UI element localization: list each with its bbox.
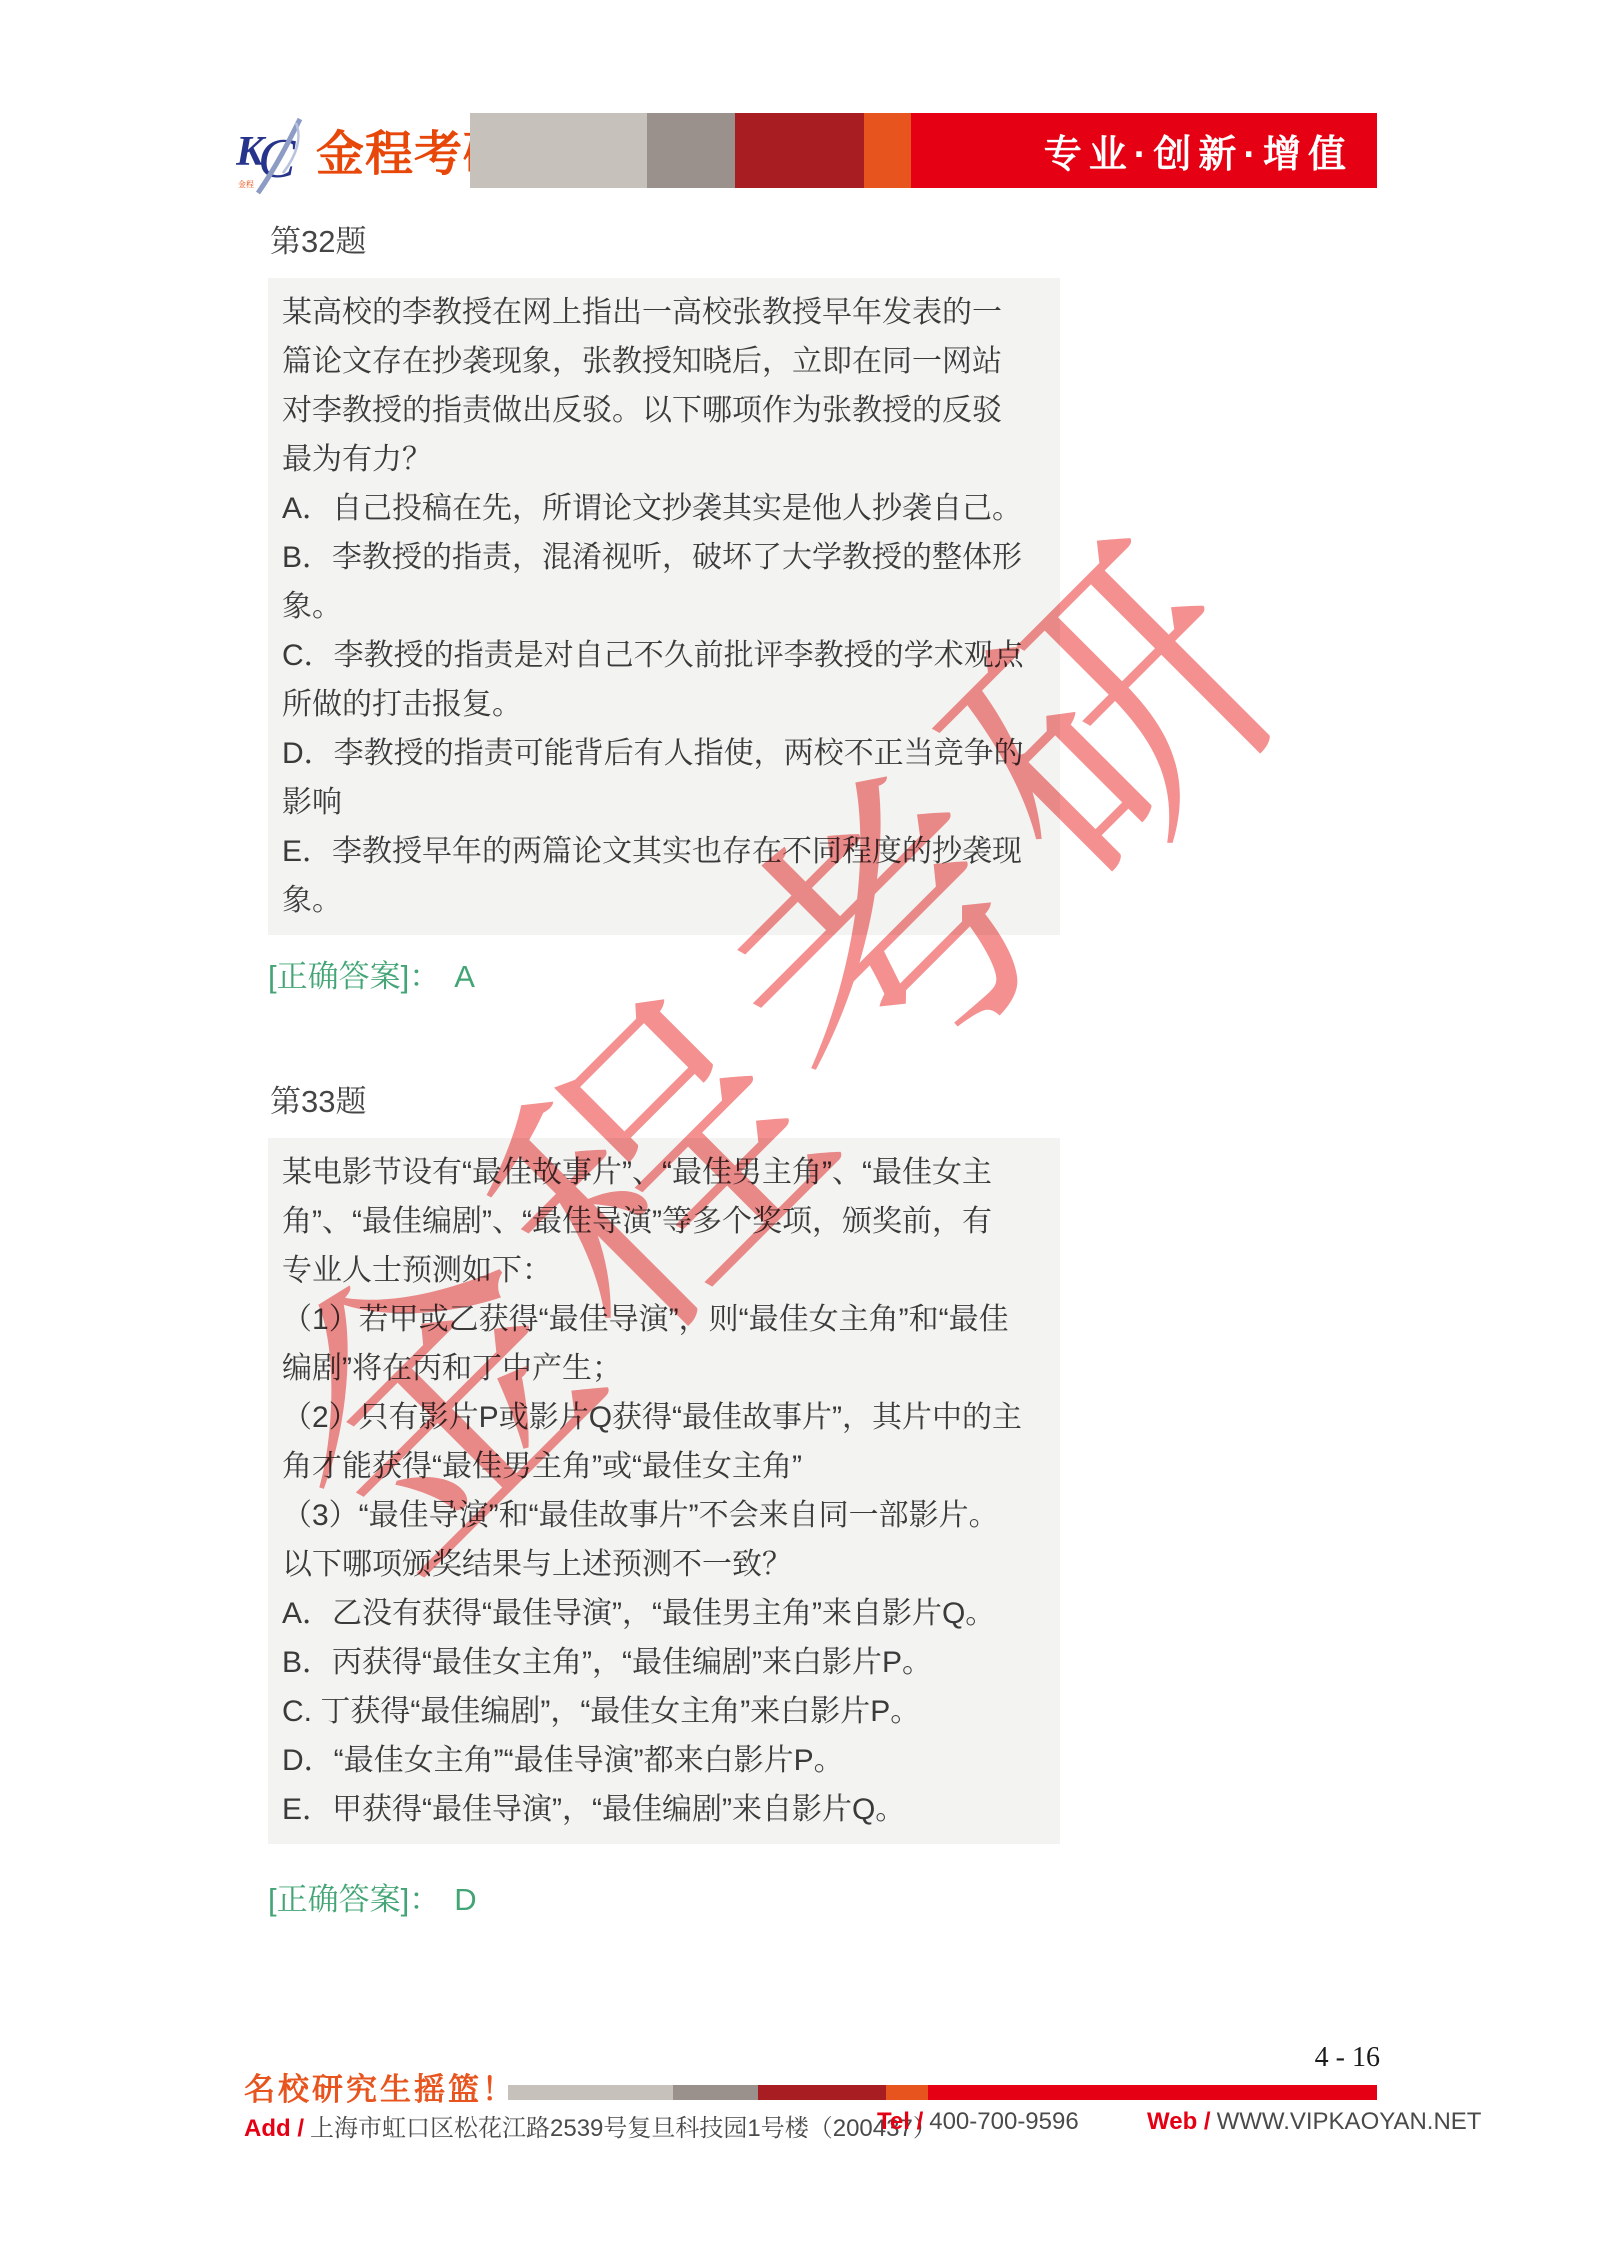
bar-segment-lightgray: [470, 113, 647, 188]
bar-segment-midgray: [647, 113, 735, 188]
footer-telephone: Tel /400-700-9596: [877, 2108, 1079, 2136]
answer-value: A: [454, 959, 475, 994]
header-color-bar: 专业·创新·增值: [470, 113, 1377, 188]
question-32-number: 第32题: [270, 216, 366, 261]
telephone-label: Tel /: [877, 2108, 923, 2135]
question-33-text: 某电影节设有“最佳故事片”、“最佳男主角”、“最佳女主角”、“最佳编剧”、“最佳…: [268, 1138, 1060, 1844]
bar-segment-darkred: [735, 113, 864, 188]
footer-color-bar: [508, 2085, 1377, 2100]
question-33-answer: [正确答案]：D: [268, 1874, 477, 1919]
bar-segment-orange: [864, 113, 911, 188]
question-33-number: 第33题: [270, 1076, 366, 1121]
address-label: Add /: [244, 2115, 304, 2142]
website-value: WWW.VIPKAOYAN.NET: [1217, 2108, 1482, 2135]
bar-segment-darkred: [758, 2085, 886, 2100]
kcy-logo-icon: K C 金程: [236, 115, 312, 195]
bar-segment-red: [928, 2085, 1377, 2100]
question-32-text: 某高校的李教授在网上指出一高校张教授早年发表的一篇论文存在抄袭现象，张教授知晓后…: [268, 278, 1060, 935]
answer-label: [正确答案]：: [268, 1882, 440, 1917]
page-number: 4 - 16: [1260, 2042, 1380, 2074]
footer-address: Add /上海市虹口区松花江路2539号复旦科技园1号楼（200437）: [244, 2108, 937, 2143]
svg-text:金程: 金程: [238, 179, 254, 189]
address-value: 上海市虹口区松花江路2539号复旦科技园1号楼（200437）: [310, 2115, 937, 2142]
footer-contact-row: Add /上海市虹口区松花江路2539号复旦科技园1号楼（200437） Tel…: [0, 2108, 1600, 2142]
footer-slogan: 名校研究生摇篮！: [244, 2064, 516, 2109]
bar-segment-lightgray: [508, 2085, 673, 2100]
answer-value: D: [454, 1882, 476, 1917]
website-label: Web /: [1147, 2108, 1211, 2135]
bar-segment-orange: [886, 2085, 928, 2100]
answer-label: [正确答案]：: [268, 959, 440, 994]
telephone-value: 400-700-9596: [929, 2108, 1078, 2135]
header-slogan: 专业·创新·增值: [1044, 123, 1377, 178]
question-32-answer: [正确答案]：A: [268, 951, 475, 996]
bar-segment-midgray: [673, 2085, 758, 2100]
footer-website: Web /WWW.VIPKAOYAN.NET: [1147, 2108, 1481, 2136]
bar-segment-red: 专业·创新·增值: [911, 113, 1377, 188]
document-page: K C 金程 金程考研 专业·创新·增值 第32题 某高校的李教授在网上指出一高…: [0, 0, 1600, 2263]
